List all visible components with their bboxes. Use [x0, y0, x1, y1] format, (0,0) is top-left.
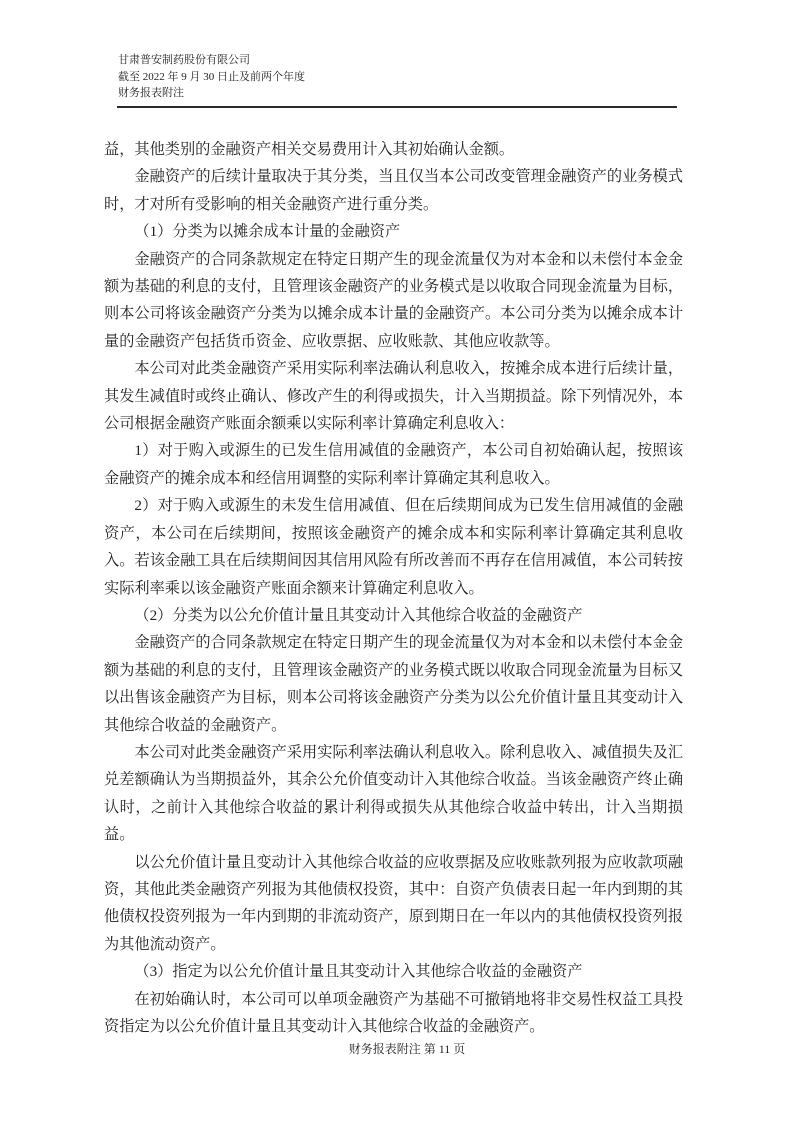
body-paragraph: 金融资产的合同条款规定在特定日期产生的现金流量仅为对本金和以未偿付本金金额为基础…	[104, 629, 683, 739]
document-title: 财务报表附注	[118, 85, 305, 102]
body-paragraph: 金融资产的合同条款规定在特定日期产生的现金流量仅为对本金和以未偿付本金金额为基础…	[104, 246, 683, 356]
document-body: 益，其他类别的金融资产相关交易费用计入其初始确认金额。 金融资产的后续计量取决于…	[104, 136, 683, 1040]
section-heading-2: （2）分类为以公允价值计量且其变动计入其他综合收益的金融资产	[104, 602, 683, 629]
page-header: 甘肃普安制药股份有限公司 截至 2022 年 9 月 30 日止及前两个年度 财…	[118, 52, 305, 102]
company-name: 甘肃普安制药股份有限公司	[118, 52, 305, 69]
body-paragraph-item-2: 2）对于购入或源生的未发生信用减值、但在后续期间成为已发生信用减值的金融资产，本…	[104, 492, 683, 602]
page-footer: 财务报表附注 第 11 页	[118, 1040, 696, 1057]
report-period: 截至 2022 年 9 月 30 日止及前两个年度	[118, 69, 305, 86]
body-paragraph-item-1: 1）对于购入或源生的已发生信用减值的金融资产，本公司自初始确认起，按照该金融资产…	[104, 437, 683, 492]
body-paragraph: 本公司对此类金融资产采用实际利率法确认利息收入，按摊余成本进行后续计量，其发生减…	[104, 355, 683, 437]
section-heading-1: （1）分类为以摊余成本计量的金融资产	[104, 218, 683, 245]
body-paragraph: 金融资产的后续计量取决于其分类，当且仅当本公司改变管理金融资产的业务模式时，才对…	[104, 163, 683, 218]
body-paragraph: 本公司对此类金融资产采用实际利率法确认利息收入。除利息收入、减值损失及汇兑差额确…	[104, 739, 683, 849]
page-number-label: 财务报表附注 第 11 页	[349, 1042, 466, 1056]
document-page: 甘肃普安制药股份有限公司 截至 2022 年 9 月 30 日止及前两个年度 财…	[0, 0, 793, 1122]
body-paragraph: 在初始确认时，本公司可以单项金融资产为基础不可撤销地将非交易性权益工具投资指定为…	[104, 986, 683, 1041]
header-divider	[117, 106, 677, 108]
section-heading-3: （3）指定为以公允价值计量且其变动计入其他综合收益的金融资产	[104, 958, 683, 985]
body-paragraph: 以公允价值计量且变动计入其他综合收益的应收票据及应收账款列报为应收款项融资，其他…	[104, 849, 683, 959]
body-paragraph: 益，其他类别的金融资产相关交易费用计入其初始确认金额。	[104, 136, 683, 163]
